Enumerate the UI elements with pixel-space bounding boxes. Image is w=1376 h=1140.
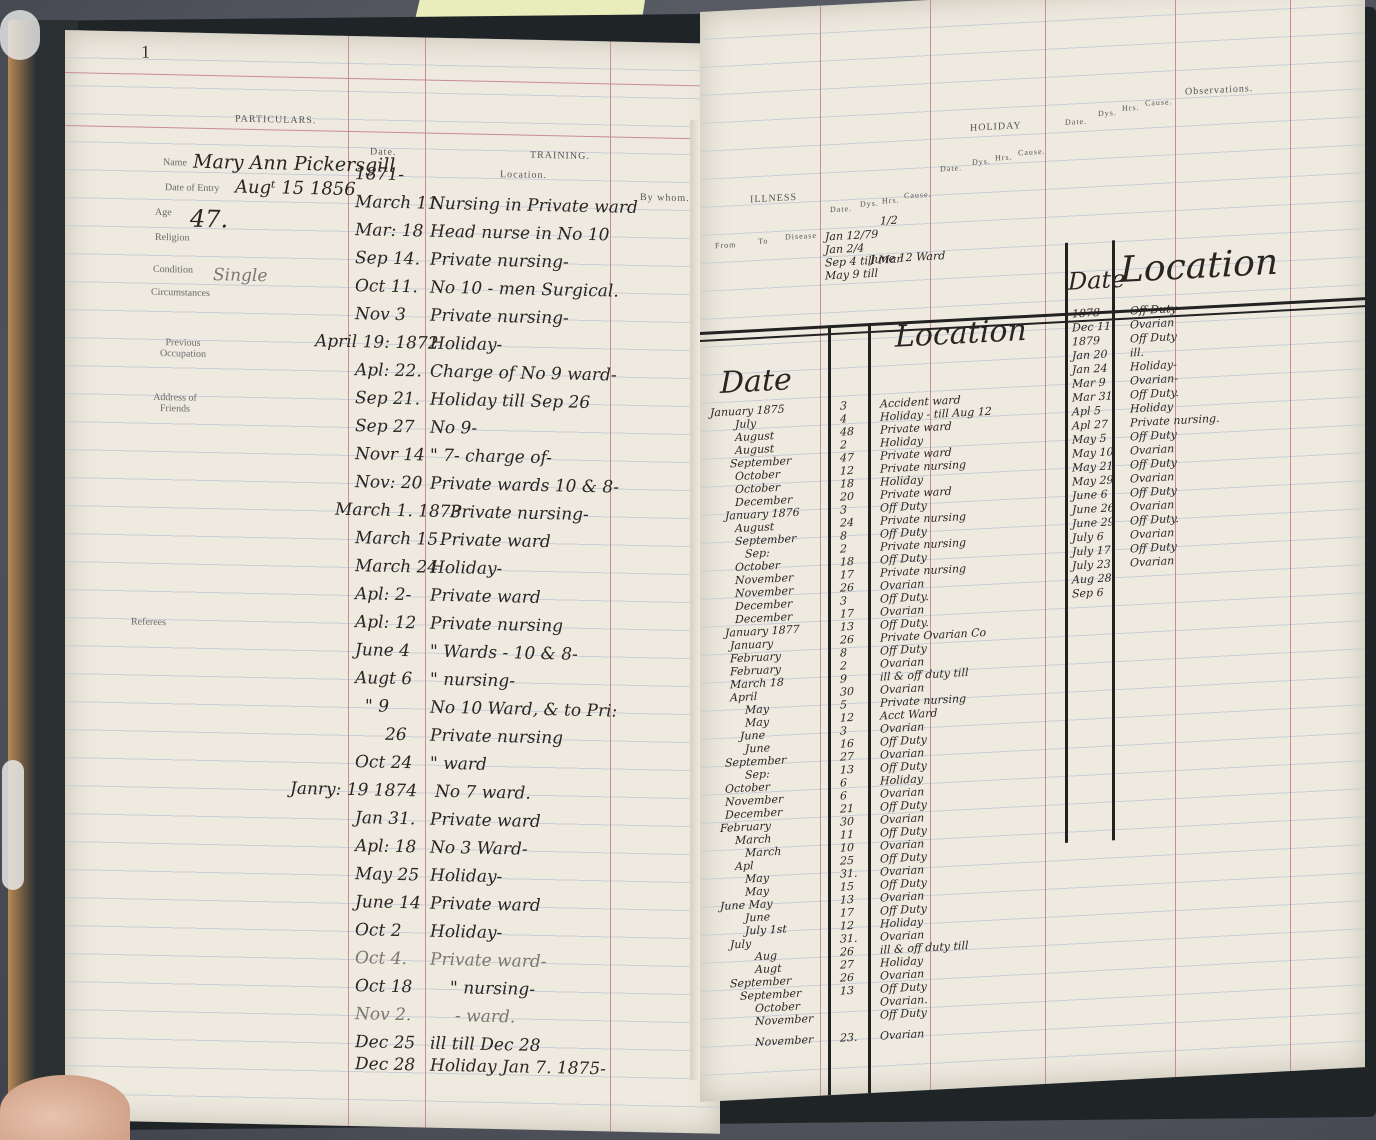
to-header: To	[758, 236, 768, 246]
cause-header: Cause.	[1018, 147, 1046, 157]
page-number: 1	[141, 42, 150, 63]
left-page: 1 PARTICULARS. TRAINING. Date. Location.…	[65, 30, 720, 1134]
cause-header: Cause.	[904, 190, 932, 200]
hrs-header: Hrs.	[882, 196, 900, 206]
cause-header: Cause.	[1145, 97, 1173, 107]
white-cord-lower	[2, 760, 24, 890]
illness-note: 1/2	[880, 214, 898, 228]
hrs-header: Hrs.	[1122, 103, 1140, 113]
right-page: ILLNESS From To Disease Date. Dys. Hrs. …	[700, 0, 1365, 1102]
dys-header: Dys.	[1098, 108, 1117, 118]
from-header: From	[715, 240, 736, 250]
white-cord	[0, 10, 40, 60]
thumb	[0, 1075, 130, 1140]
dys-header: Dys.	[860, 199, 879, 209]
particulars-header: PARTICULARS.	[235, 114, 316, 127]
date-header: Date.	[1065, 117, 1087, 127]
dys-header: Dys.	[972, 157, 991, 167]
illness-note: May 9 till	[825, 267, 878, 283]
disease-header: Disease	[785, 231, 817, 242]
date-header: Date.	[830, 204, 852, 214]
training-header: TRAINING.	[530, 150, 590, 162]
location2-column-title: Location	[1120, 242, 1278, 291]
date2-column-title: Date	[1068, 265, 1125, 296]
date-header: Date.	[940, 163, 962, 173]
hrs-header: Hrs.	[995, 153, 1013, 163]
